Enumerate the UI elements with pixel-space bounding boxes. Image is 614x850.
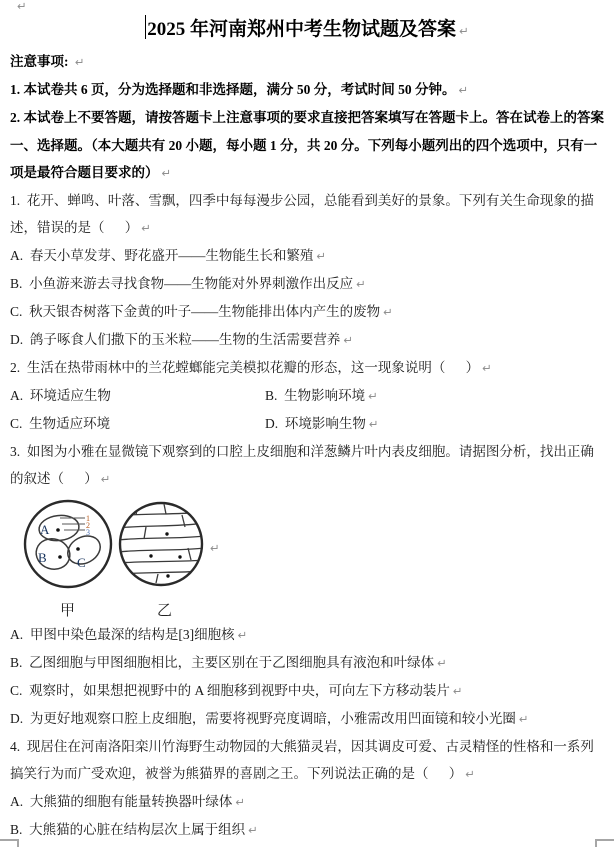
paragraph-mark-icon: ↵ bbox=[383, 305, 393, 319]
paragraph-mark-icon: ↵ bbox=[316, 249, 326, 263]
question-3-figure: 1 2 3 A B C 甲 bbox=[10, 493, 604, 621]
onion-nucleus-dot-2 bbox=[149, 554, 152, 557]
cell-label-a: A bbox=[40, 522, 50, 537]
question-4-option-a: A. 大熊猫的细胞有能量转换器叶绿体↵ bbox=[10, 788, 604, 816]
paragraph-mark-icon: ↵ bbox=[519, 712, 529, 726]
page-margin-corner-right bbox=[595, 839, 614, 847]
paragraph-mark-icon: ↵ bbox=[356, 277, 366, 291]
question-4-option-b: B. 大熊猫的心脏在结构层次上属于组织↵ bbox=[10, 816, 604, 844]
question-1-option-a: A. 春天小草发芽、野花盛开——生物能生长和繁殖↵ bbox=[10, 242, 604, 270]
question-3-option-b: B. 乙图细胞与甲图细胞相比，主要区别在于乙图细胞具有液泡和叶绿体↵ bbox=[10, 649, 604, 677]
question-2-option-c: C. 生物适应环境 bbox=[10, 410, 265, 438]
question-3-text: 3. 如图为小雅在显微镜下观察到的口腔上皮细胞和洋葱鳞片叶内表皮细胞。请据图分析… bbox=[10, 438, 604, 493]
paragraph-mark-icon: ↵ bbox=[248, 823, 258, 837]
paragraph-mark-icon: ↵ bbox=[162, 166, 172, 180]
page-margin-corner-left bbox=[0, 839, 19, 847]
section-heading: 一、选择题。（本大题共有 20 小题，每小题 1 分，共 20 分。下列每小题列… bbox=[10, 132, 604, 187]
paragraph-mark-icon: ↵ bbox=[210, 541, 220, 555]
question-2-option-a: A. 环境适应生物 bbox=[10, 382, 265, 410]
question-1-option-d: D. 鸽子啄食人们撒下的玉米粒——生物的生活需要营养↵ bbox=[10, 326, 604, 354]
document-body[interactable]: ↵ 2025 年河南郑州中考生物试题及答案↵ 注意事项: ↵ 1. 本试卷共 6… bbox=[0, 0, 614, 844]
question-4-text: 4. 现居住在河南洛阳栾川竹海野生动物园的大熊猫灵岩，因其调皮可爱、古灵精怪的性… bbox=[10, 733, 604, 788]
paragraph-mark-icon: ↵ bbox=[343, 333, 353, 347]
nucleus-dot-a bbox=[56, 528, 60, 532]
paragraph-mark-icon: ↵ bbox=[459, 24, 469, 38]
paragraph-mark-icon: ↵ bbox=[238, 628, 248, 642]
question-1-text: 1. 花开、蝉鸣、叶落、雪飘，四季中每每漫步公园，总能看到美好的景象。下列有关生… bbox=[10, 187, 604, 242]
paragraph-mark-icon: ↵ bbox=[459, 83, 469, 97]
page-title: 2025 年河南郑州中考生物试题及答案 bbox=[147, 19, 456, 40]
microscope-field-jia bbox=[25, 501, 111, 587]
onion-nucleus-dot-3 bbox=[178, 555, 181, 558]
paragraph-mark-icon: ↵ bbox=[368, 389, 378, 403]
paragraph-mark-icon: ↵ bbox=[437, 656, 447, 670]
cell-label-c: C bbox=[77, 555, 86, 570]
question-2-option-b: B. 生物影响环境↵ bbox=[265, 382, 378, 410]
figure-label-jia: 甲 bbox=[60, 602, 75, 619]
question-2-options-row-2: C. 生物适应环境 D. 环境影响生物↵ bbox=[10, 410, 604, 438]
question-2-option-d: D. 环境影响生物↵ bbox=[265, 410, 379, 438]
empty-paragraph: ↵ bbox=[10, 0, 604, 12]
notice-item-1: 1. 本试卷共 6 页，分为选择题和非选择题，满分 50 分，考试时间 50 分… bbox=[10, 76, 604, 104]
paragraph-mark-icon: ↵ bbox=[482, 361, 492, 375]
notice-heading: 注意事项: ↵ bbox=[10, 48, 604, 76]
question-2-options-row-1: A. 环境适应生物 B. 生物影响环境↵ bbox=[10, 382, 604, 410]
question-1-option-b: B. 小鱼游来游去寻找食物——生物能对外界刺激作出反应↵ bbox=[10, 270, 604, 298]
figure-label-yi: 乙 bbox=[157, 603, 172, 619]
cell-label-b: B bbox=[38, 550, 47, 565]
document-page: ↵ 2025 年河南郑州中考生物试题及答案↵ 注意事项: ↵ 1. 本试卷共 6… bbox=[0, 0, 614, 850]
cell-diagram: 1 2 3 A B C 甲 bbox=[12, 499, 242, 619]
question-3-option-a: A. 甲图中染色最深的结构是[3]细胞核↵ bbox=[10, 621, 604, 649]
nucleus-dot-c bbox=[76, 547, 80, 551]
paragraph-mark-icon: ↵ bbox=[141, 221, 151, 235]
question-2-text: 2. 生活在热带雨林中的兰花螳螂能完美模拟花瓣的形态，这一现象说明（ ）↵ bbox=[10, 354, 604, 382]
paragraph-mark-icon: ↵ bbox=[453, 684, 463, 698]
paragraph-mark-icon: ↵ bbox=[101, 472, 111, 486]
onion-nucleus-dot-4 bbox=[166, 574, 169, 577]
question-3-option-c: C. 观察时，如果想把视野中的 A 细胞移到视野中央，可向左下方移动装片↵ bbox=[10, 677, 604, 705]
question-1-option-c: C. 秋天银杏树落下金黄的叶子——生物能排出体内产生的废物↵ bbox=[10, 298, 604, 326]
onion-nucleus-dot-1 bbox=[165, 532, 168, 535]
paragraph-mark-icon: ↵ bbox=[369, 417, 379, 431]
nucleus-dot-b bbox=[58, 555, 62, 559]
paragraph-mark-icon: ↵ bbox=[235, 795, 245, 809]
paragraph-mark-icon: ↵ bbox=[465, 767, 475, 781]
pointer-label-3: 3 bbox=[86, 528, 90, 537]
document-title-line: 2025 年河南郑州中考生物试题及答案↵ bbox=[10, 12, 604, 48]
question-3-option-d: D. 为更好地观察口腔上皮细胞，需要将视野亮度调暗，小雅需改用凹面镜和较小光圈↵ bbox=[10, 705, 604, 733]
paragraph-mark-icon: ↵ bbox=[17, 0, 27, 13]
notice-item-2: 2. 本试卷上不要答题，请按答题卡上注意事项的要求直接把答案填写在答题卡上。答在… bbox=[10, 104, 604, 132]
paragraph-mark-icon: ↵ bbox=[75, 55, 85, 69]
